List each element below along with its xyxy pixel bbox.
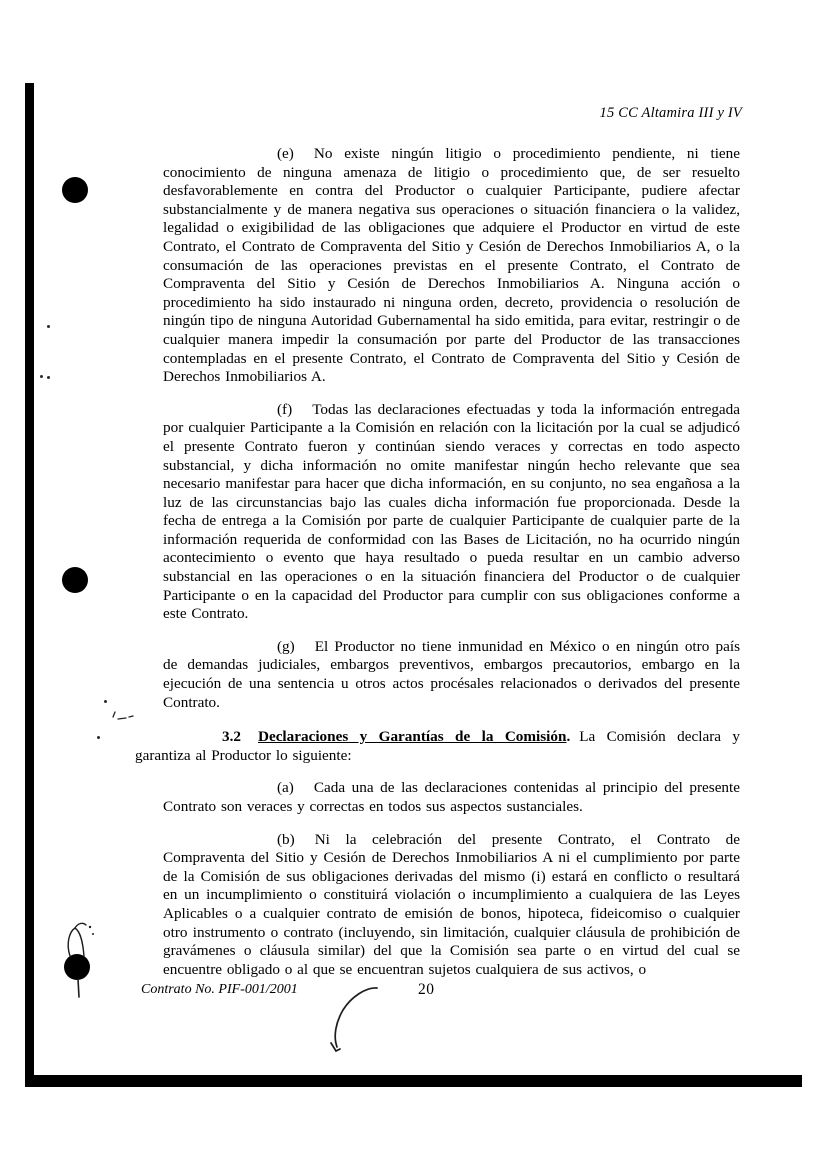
section-3-2: 3.2Declaraciones y Garantías de la Comis… [135,728,740,765]
subparagraph-b: (b)Ni la celebración del presente Contra… [163,831,740,980]
document-body: (e)No existe ningún litigio o procedimie… [135,145,740,979]
subparagraph-b-label: (b) [277,831,295,848]
section-heading: Declaraciones y Garantías de la Comisión [258,728,566,745]
footer-contract-number: Contrato No. PIF-001/2001 [141,982,298,998]
scanned-contract-page: 15 CC Altamira III y IV (e)No existe nin… [0,0,828,1169]
subparagraph-a: (a)Cada una de las declaraciones conteni… [163,779,740,816]
header-annotation: 15 CC Altamira III y IV [600,105,742,122]
paragraph-g-text: El Productor no tiene inmunidad en Méxic… [163,638,740,711]
footer-pen-stroke [331,988,377,1051]
footer-page-number: 20 [418,981,435,999]
paragraph-f: (f)Todas las declaraciones efectuadas y … [163,401,740,624]
hole-punch-middle [62,567,88,593]
scan-edge-left-bar [25,83,34,1087]
subparagraph-a-text: Cada una de las declaraciones contenidas… [163,779,740,815]
section-heading-period: . [566,728,570,745]
margin-scribble [113,712,133,719]
noise-speck [47,325,50,328]
paragraph-f-text: Todas las declaraciones efectuadas y tod… [163,401,740,623]
hole-punch-doodle-dot [89,926,91,928]
paragraph-e-text: No existe ningún litigio o procedimiento… [163,145,740,385]
subparagraph-a-label: (a) [277,779,294,796]
section-number: 3.2 [222,728,241,745]
hole-punch-top [62,177,88,203]
noise-speck [97,736,100,739]
paragraph-e-label: (e) [277,145,294,162]
paragraph-g-label: (g) [277,638,295,655]
noise-speck [104,700,107,703]
hole-punch-bottom [64,954,90,980]
paragraph-e: (e)No existe ningún litigio o procedimie… [163,145,740,387]
hole-punch-doodle [68,923,86,956]
hole-punch-doodle-tail [78,979,79,997]
hole-punch-doodle-dot [92,933,94,935]
paragraph-g: (g)El Productor no tiene inmunidad en Mé… [163,638,740,712]
paragraph-f-label: (f) [277,401,292,418]
subparagraph-b-text: Ni la celebración del presente Contrato,… [163,831,740,978]
noise-speck [40,375,43,378]
noise-speck [47,376,50,379]
scan-edge-bottom-bar [25,1075,802,1087]
